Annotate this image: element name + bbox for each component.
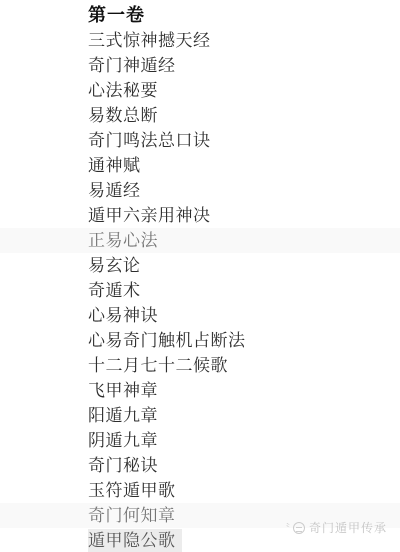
list-item-label: 心易奇门触机占断法 [88, 331, 246, 350]
list-item-label: 遁甲隐公歌 [88, 529, 182, 552]
list-item-label: 奇门何知章 [88, 506, 176, 525]
list-item: 玉符遁甲歌 [88, 478, 400, 503]
list-item-label: 奇门鸣法总口诀 [88, 131, 211, 150]
list-item-label: 通神赋 [88, 156, 141, 175]
toc-list: 三式惊神撼天经奇门神遁经心法秘要易数总断奇门鸣法总口诀通神赋易遁经遁甲六亲用神决… [88, 28, 400, 552]
list-item: 三式惊神撼天经 [88, 28, 400, 53]
list-item-label: 飞甲神章 [88, 381, 158, 400]
list-item: 易数总断 [88, 103, 400, 128]
list-item-label: 三式惊神撼天经 [88, 31, 211, 50]
section-title: 第一卷 [88, 3, 400, 28]
list-item-label: 玉符遁甲歌 [88, 481, 176, 500]
watermark-logo-icon [293, 522, 305, 534]
list-item-label: 易遁经 [88, 181, 141, 200]
list-item: 易玄论 [88, 253, 400, 278]
list-item: 奇门神遁经 [88, 53, 400, 78]
list-item-label: 奇门神遁经 [88, 56, 176, 75]
watermark-text: 奇门遁甲传承 [309, 519, 387, 536]
list-item-label: 心易神诀 [88, 306, 158, 325]
article-page: 第一卷 三式惊神撼天经奇门神遁经心法秘要易数总断奇门鸣法总口诀通神赋易遁经遁甲六… [0, 0, 400, 552]
list-item-label: 奇门秘诀 [88, 456, 158, 475]
list-item: 奇遁术 [88, 278, 400, 303]
list-item-label: 奇遁术 [88, 281, 141, 300]
list-item-label: 易玄论 [88, 256, 141, 275]
list-item: 遁甲六亲用神决 [88, 203, 400, 228]
list-item: 十二月七十二候歌 [88, 353, 400, 378]
list-item: 心法秘要 [88, 78, 400, 103]
list-item: 心易神诀 [88, 303, 400, 328]
list-item: 阳遁九章 [88, 403, 400, 428]
list-item-label: 阳遁九章 [88, 406, 158, 425]
list-item-label: 易数总断 [88, 106, 158, 125]
list-item: 飞甲神章 [88, 378, 400, 403]
list-item-label: 阴遁九章 [88, 431, 158, 450]
list-item-label: 正易心法 [88, 231, 158, 250]
list-item: 通神赋 [88, 153, 400, 178]
list-item-label: 十二月七十二候歌 [88, 356, 228, 375]
watermark-tick-glyph: 〝 [280, 520, 291, 535]
list-item: 心易奇门触机占断法 [88, 328, 400, 353]
list-item-label: 心法秘要 [88, 81, 158, 100]
list-item: 阴遁九章 [88, 428, 400, 453]
list-item: 正易心法 [88, 228, 400, 253]
list-item: 易遁经 [88, 178, 400, 203]
list-item: 奇门秘诀 [88, 453, 400, 478]
watermark: 〝 奇门遁甲传承 [280, 519, 387, 536]
list-item: 奇门鸣法总口诀 [88, 128, 400, 153]
list-item-label: 遁甲六亲用神决 [88, 206, 211, 225]
